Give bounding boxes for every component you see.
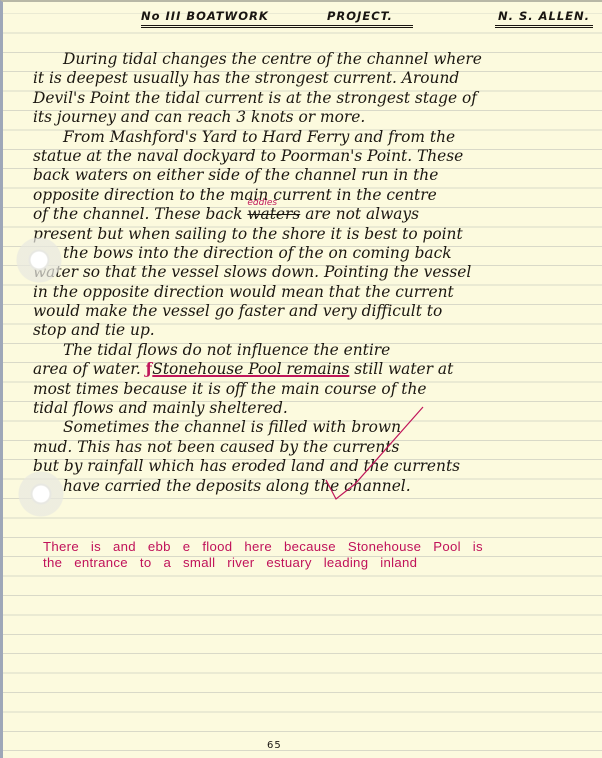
text-line-with-underline: area of water. ƒStonehouse Pool remains …: [33, 360, 595, 379]
project-title-suffix: PROJECT.: [327, 9, 393, 23]
project-title-prefix: No III BOATWORK: [141, 9, 269, 23]
text-line: have carried the deposits along the chan…: [33, 477, 595, 496]
author-name: N. S. ALLEN.: [495, 9, 593, 28]
text-line: During tidal changes the centre of the c…: [33, 50, 595, 69]
text-line: tidal flows and mainly sheltered.: [33, 399, 595, 418]
paragraph-1: During tidal changes the centre of the c…: [33, 50, 595, 128]
text-line: the bows into the direction of the on co…: [33, 244, 595, 263]
notebook-page: No III BOATWORK PROJECT. N. S. ALLEN. Du…: [0, 0, 602, 758]
text-line: Devil's Point the tidal current is at th…: [33, 89, 595, 108]
text-line-with-correction: of the channel. These back eddieswaters …: [33, 205, 595, 224]
comment-line: the entrance to a small river estuary le…: [43, 555, 563, 571]
teacher-comment: There is and ebb e flood here because St…: [43, 539, 563, 570]
page-header: No III BOATWORK PROJECT. N. S. ALLEN.: [3, 5, 602, 39]
text-line: From Mashford's Yard to Hard Ferry and f…: [33, 128, 595, 147]
text-fragment: area of water.: [33, 360, 141, 378]
red-correction: eddies: [247, 194, 277, 213]
text-line: stop and tie up.: [33, 321, 595, 340]
text-line: but by rainfall which has eroded land an…: [33, 457, 595, 476]
text-fragment: still water at: [354, 360, 453, 378]
text-line: back waters on either side of the channe…: [33, 166, 595, 185]
text-line: opposite direction to the main current i…: [33, 186, 595, 205]
text-line: would make the vessel go faster and very…: [33, 302, 595, 321]
paragraph-2: From Mashford's Yard to Hard Ferry and f…: [33, 128, 595, 341]
paragraph-4: Sometimes the channel is filled with bro…: [33, 418, 595, 496]
text-fragment: are not always: [305, 205, 419, 223]
text-line: its journey and can reach 3 knots or mor…: [33, 108, 595, 127]
struck-word: eddieswaters: [247, 205, 300, 223]
text-line: present but when sailing to the shore it…: [33, 225, 595, 244]
project-title: No III BOATWORK PROJECT.: [141, 9, 413, 28]
text-line: statue at the naval dockyard to Poorman'…: [33, 147, 595, 166]
text-line: mud. This has not been caused by the cur…: [33, 438, 595, 457]
text-line: Sometimes the channel is filled with bro…: [33, 418, 595, 437]
text-line: in the opposite direction would mean tha…: [33, 283, 595, 302]
paragraph-3: The tidal flows do not influence the ent…: [33, 341, 595, 419]
punch-hole: [16, 237, 62, 283]
text-fragment: of the channel. These back: [33, 205, 242, 223]
page-number: 65: [267, 740, 282, 751]
punch-hole: [18, 471, 64, 517]
red-underlined-phrase: Stonehouse Pool remains: [152, 360, 349, 378]
handwritten-body: During tidal changes the centre of the c…: [33, 50, 595, 496]
text-line: water so that the vessel slows down. Poi…: [33, 263, 595, 282]
text-line: most times because it is off the main co…: [33, 380, 595, 399]
text-line: The tidal flows do not influence the ent…: [33, 341, 595, 360]
text-line: it is deepest usually has the strongest …: [33, 69, 595, 88]
comment-line: There is and ebb e flood here because St…: [43, 539, 563, 555]
